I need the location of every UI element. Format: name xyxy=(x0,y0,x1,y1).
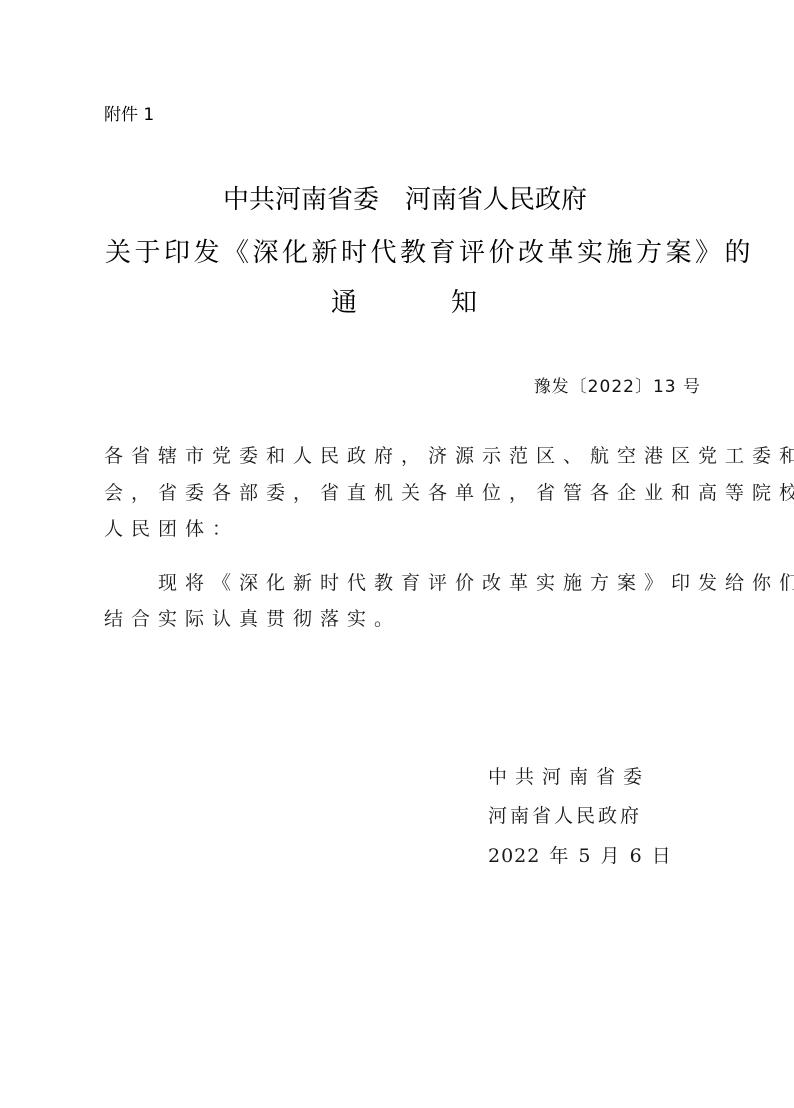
document-number: 豫发〔2022〕13 号 xyxy=(534,375,701,399)
signature-org-government: 河南省人民政府 xyxy=(488,803,642,829)
content-line-1: 现将《深化新时代教育评价改革实施方案》印发给你们，请 xyxy=(104,565,794,601)
title-notice-char-1: 通 xyxy=(331,286,357,320)
signature-org-party: 中共河南省委 xyxy=(488,764,650,790)
content-line-2: 结合实际认真贯彻落实。 xyxy=(104,601,401,637)
signature-date: 2022 年 5 月 6 日 xyxy=(488,843,672,869)
title-subject: 关于印发《深化新时代教育评价改革实施方案》的 xyxy=(105,236,705,270)
document-page: 附件 1 中共河南省委 河南省人民政府 关于印发《深化新时代教育评价改革实施方案… xyxy=(0,0,794,1108)
addressee-line-3: 人民团体： xyxy=(104,511,239,547)
addressee-line-2: 会，省委各部委，省直机关各单位，省管各企业和高等院校，各 xyxy=(104,475,794,511)
addressee-line-1: 各省辖市党委和人民政府，济源示范区、航空港区党工委和管委 xyxy=(104,438,794,474)
attachment-label: 附件 1 xyxy=(104,104,154,126)
title-notice-char-2: 知 xyxy=(451,286,477,320)
title-issuers: 中共河南省委 河南省人民政府 xyxy=(8,183,794,217)
